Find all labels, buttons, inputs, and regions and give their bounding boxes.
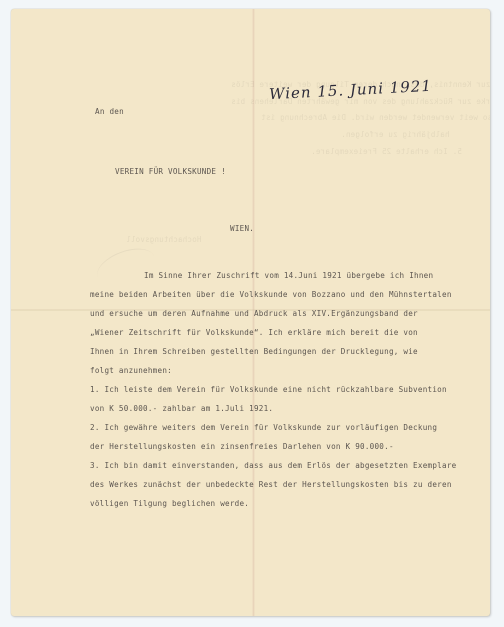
show-through-signature <box>93 242 160 292</box>
body-line: von K 50.000.- zahlbar am 1.Juli 1921. <box>90 404 273 413</box>
show-through-line: zu K 90.000.- so weit verwendet werden w… <box>261 113 490 122</box>
salutation: An den <box>95 107 124 116</box>
condition-3: 3. Ich bin damit einverstanden, dass aus… <box>90 461 456 470</box>
condition-1: 1. Ich leiste dem Verein für Volkskunde … <box>90 385 447 394</box>
body-line: der Herstellungskosten ein zinsenfreies … <box>90 442 394 451</box>
body-line: völligen Tilgung beglichen werde. <box>90 499 249 508</box>
condition-2: 2. Ich gewähre weiters dem Verein für Vo… <box>90 423 437 432</box>
body-line: meine beiden Arbeiten über die Volkskund… <box>90 290 452 299</box>
body-line: und ersuche um deren Aufnahme und Abdruc… <box>90 309 418 318</box>
body-line: des Werkes zunächst der unbedeckte Rest … <box>90 480 452 489</box>
body-line: Im Sinne Ihrer Zuschrift vom 14.Juni 192… <box>144 271 433 280</box>
show-through-line: halbjährig zu erfolgen. <box>341 130 449 139</box>
show-through-line: Hochachtungsvoll <box>126 235 201 244</box>
recipient-name: VEREIN FÜR VOLKSKUNDE ! <box>115 167 226 176</box>
body-line: folgt anzunehmen: <box>90 366 172 375</box>
body-line: „Wiener Zeitschrift für Volkskunde“. Ich… <box>90 328 418 337</box>
recipient-city: WIEN. <box>230 224 254 233</box>
body-line: Ihnen in Ihrem Schreiben gestellten Bedi… <box>90 347 418 356</box>
letter-page: 4. Ich gebe zur Kenntnis, dass nach dere… <box>11 9 490 616</box>
show-through-line: 5. Ich erhalte 25 Freiexemplare. <box>311 147 462 156</box>
